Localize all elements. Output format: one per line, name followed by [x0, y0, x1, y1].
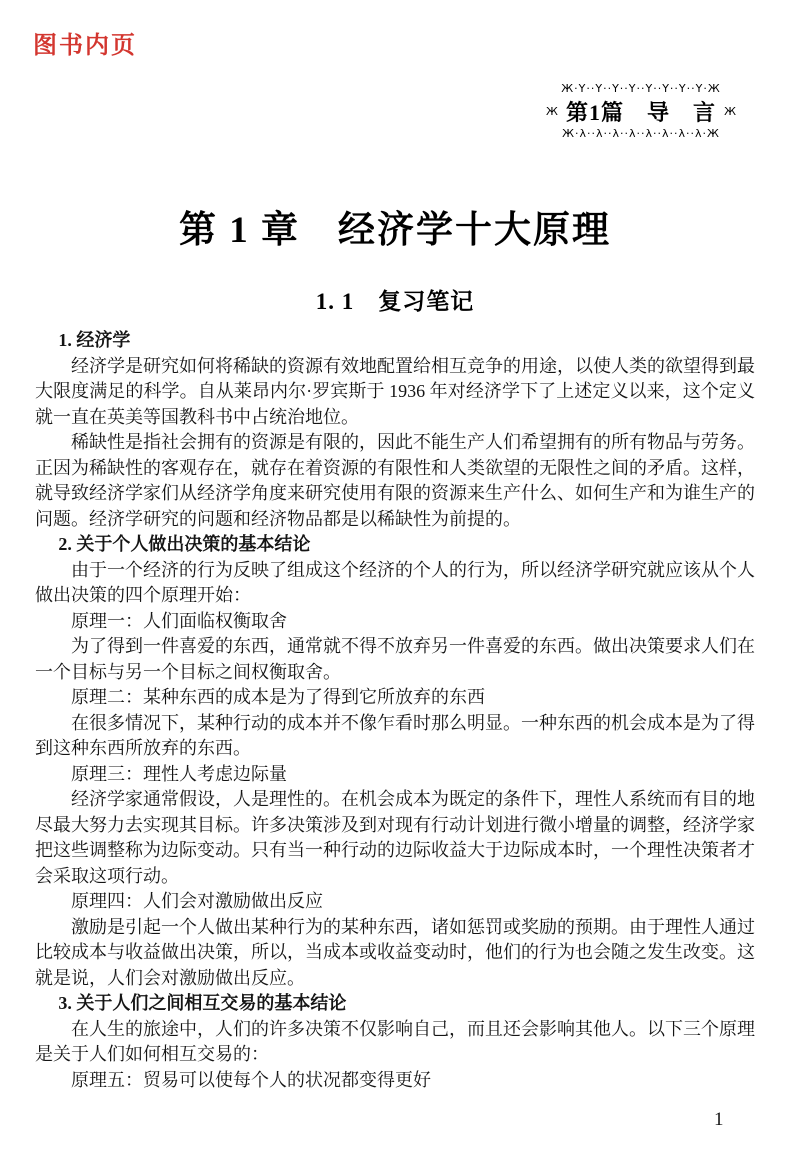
banner-ornament-bottom: Ж·λ··λ··λ··λ··λ··λ··λ··λ·Ж: [546, 128, 736, 139]
body-paragraph: 在很多情况下，某种行动的成本并不像乍看时那么明显。一种东西的机会成本是为了得到这…: [35, 711, 755, 762]
page-number: 1: [714, 1109, 724, 1131]
chapter-name: 经济学十大原理: [338, 210, 611, 251]
banner-ornament-top: Ж·Y··Y··Y··Y··Y··Y··Y··Y·Ж: [546, 83, 736, 94]
banner-ornament-right: Ж: [724, 106, 736, 117]
body-heading: 1. 经济学: [35, 328, 755, 354]
principle-line: 原理一：人们面临权衡取舍: [35, 609, 755, 635]
section-title: 1. 1 复习笔记: [0, 283, 790, 316]
principle-line: 原理四：人们会对激励做出反应: [35, 889, 755, 915]
body-paragraph: 激励是引起一个人做出某种行为的某种东西，诸如惩罚或奖励的预期。由于理性人通过比较…: [35, 915, 755, 992]
body-paragraph: 由于一个经济的行为反映了组成这个经济的个人的行为，所以经济学研究就应该从个人做出…: [35, 558, 755, 609]
principle-line: 原理三：理性人考虑边际量: [35, 762, 755, 788]
body-paragraph: 经济学家通常假设，人是理性的。在机会成本为既定的条件下，理性人系统而有目的地尽最…: [35, 787, 755, 889]
body-paragraph: 经济学是研究如何将稀缺的资源有效地配置给相互竞争的用途，以使人类的欲望得到最大限…: [35, 354, 755, 431]
body-heading: 3. 关于人们之间相互交易的基本结论: [35, 991, 755, 1017]
body-text: 1. 经济学 经济学是研究如何将稀缺的资源有效地配置给相互竞争的用途，以使人类的…: [35, 328, 755, 1093]
body-paragraph: 在人生的旅途中，人们的许多决策不仅影响自己，而且还会影响其他人。以下三个原理是关…: [35, 1017, 755, 1068]
banner-middle-row: Ж 第1篇 导 言 Ж: [546, 96, 736, 127]
banner-ornament-left: Ж: [546, 106, 558, 117]
corner-label: 图书内页: [33, 25, 137, 60]
principle-line: 原理五：贸易可以使每个人的状况都变得更好: [35, 1068, 755, 1094]
principle-line: 原理二：某种东西的成本是为了得到它所放弃的东西: [35, 685, 755, 711]
chapter-number: 第 1 章: [179, 210, 300, 251]
body-paragraph: 为了得到一件喜爱的东西，通常就不得不放弃另一件喜爱的东西。做出决策要求人们在一个…: [35, 634, 755, 685]
body-heading: 2. 关于个人做出决策的基本结论: [35, 532, 755, 558]
body-paragraph: 稀缺性是指社会拥有的资源是有限的，因此不能生产人们希望拥有的所有物品与劳务。正因…: [35, 430, 755, 532]
part-banner-title: 第1篇 导 言: [558, 96, 724, 127]
chapter-title: 第 1 章经济学十大原理: [0, 199, 790, 253]
part-banner: Ж·Y··Y··Y··Y··Y··Y··Y··Y·Ж Ж 第1篇 导 言 Ж Ж…: [546, 83, 736, 139]
book-page: 图书内页 Ж·Y··Y··Y··Y··Y··Y··Y··Y·Ж Ж 第1篇 导 …: [0, 0, 790, 1155]
